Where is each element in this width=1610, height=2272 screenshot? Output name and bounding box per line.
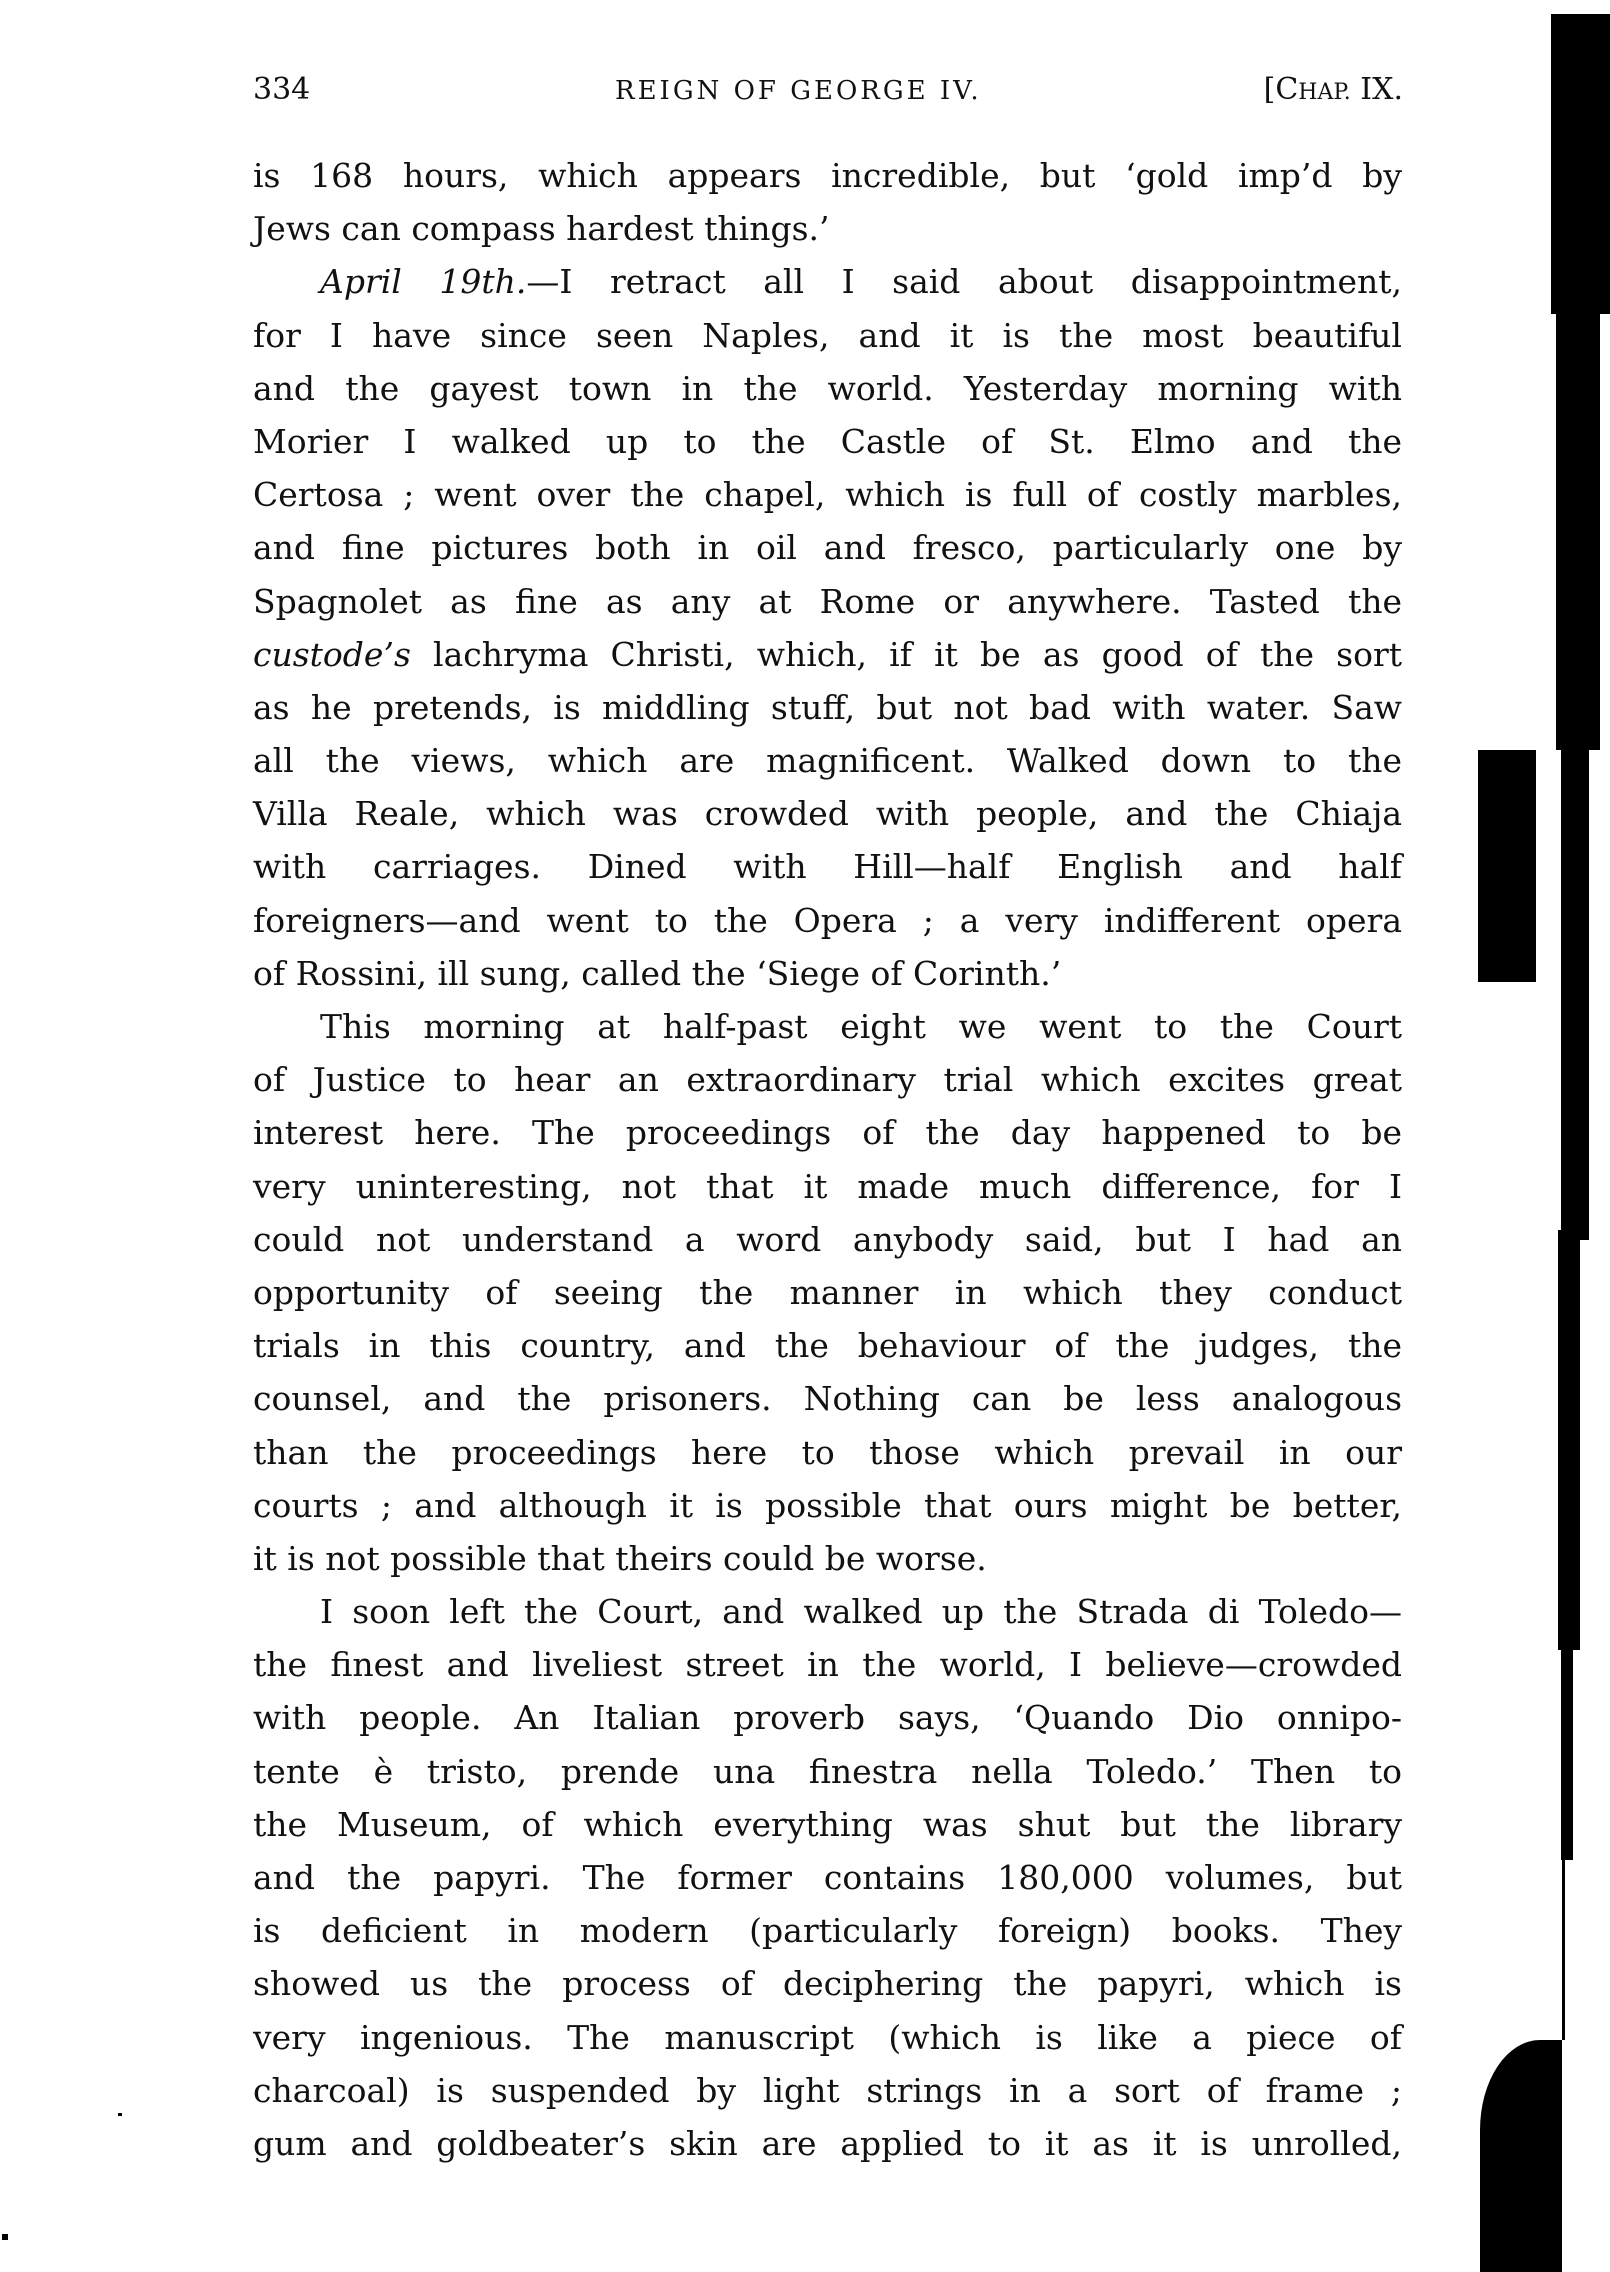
running-title: REIGN OF GEORGE IV. <box>615 76 982 106</box>
line-text: —I retract all I said about disappointme… <box>526 262 1402 301</box>
book-page: 334 REIGN OF GEORGE IV. [CHAP. IX. is 16… <box>0 0 1610 2272</box>
line-text: charcoal) is suspended by light strings … <box>253 2071 1402 2110</box>
line-text: Spagnolet as fine as any at Rome or anyw… <box>253 582 1402 621</box>
text-line: than the proceedings here to those which… <box>253 1426 1402 1479</box>
text-line: very ingenious. The manuscript (which is… <box>253 2011 1402 2064</box>
line-text: lachryma Christi, which, if it be as goo… <box>411 635 1402 674</box>
text-line: very uninteresting, not that it made muc… <box>253 1160 1402 1213</box>
line-text: very ingenious. The manuscript (which is… <box>253 2018 1402 2057</box>
line-text: This morning at half-past eight we went … <box>320 1007 1402 1046</box>
text-line: is deficient in modern (particularly for… <box>253 1904 1402 1957</box>
text-line: counsel, and the prisoners. Nothing can … <box>253 1372 1402 1425</box>
line-text: and the papyri. The former contains 180,… <box>253 1858 1402 1897</box>
text-line: This morning at half-past eight we went … <box>253 1000 1402 1053</box>
text-line: gum and goldbeater’s skin are applied to… <box>253 2117 1402 2170</box>
scan-smudge-block <box>1478 750 1536 982</box>
line-text: is deficient in modern (particularly for… <box>253 1911 1402 1950</box>
text-line: could not understand a word anybody said… <box>253 1213 1402 1266</box>
text-line: courts ; and although it is possible tha… <box>253 1479 1402 1532</box>
text-line: Certosa ; went over the chapel, which is… <box>253 468 1402 521</box>
line-text: foreigners—and went to the Opera ; a ver… <box>253 901 1402 940</box>
text-line: is 168 hours, which appears incredible, … <box>253 149 1402 202</box>
italic-text: custode’s <box>253 635 411 674</box>
text-line: showed us the process of deciphering the… <box>253 1957 1402 2010</box>
text-line: foreigners—and went to the Opera ; a ver… <box>253 894 1402 947</box>
text-line: opportunity of seeing the manner in whic… <box>253 1266 1402 1319</box>
line-text: I soon left the Court, and walked up the… <box>320 1592 1402 1631</box>
text-line: and fine pictures both in oil and fresco… <box>253 521 1402 574</box>
text-line: the finest and liveliest street in the w… <box>253 1638 1402 1691</box>
text-line: it is not possible that theirs could be … <box>253 1532 1402 1585</box>
scan-dot <box>118 2113 122 2116</box>
text-line: as he pretends, is middling stuff, but n… <box>253 681 1402 734</box>
line-text: as he pretends, is middling stuff, but n… <box>253 688 1402 727</box>
scan-edge-shadow <box>1551 14 1610 314</box>
line-text: of Rossini, ill sung, called the ‘Siege … <box>253 954 1061 993</box>
chapter-bracket: [ <box>1264 72 1276 107</box>
text-line: of Rossini, ill sung, called the ‘Siege … <box>253 947 1402 1000</box>
chapter-cap: C <box>1275 72 1298 107</box>
chapter-number: IX. <box>1351 72 1403 107</box>
line-text: very uninteresting, not that it made muc… <box>253 1167 1402 1206</box>
line-text: the Museum, of which everything was shut… <box>253 1805 1402 1844</box>
text-line: charcoal) is suspended by light strings … <box>253 2064 1402 2117</box>
text-line: April 19th.—I retract all I said about d… <box>253 255 1402 308</box>
text-line: of Justice to hear an extraordinary tria… <box>253 1053 1402 1106</box>
line-text: of Justice to hear an extraordinary tria… <box>253 1060 1402 1099</box>
line-text: Certosa ; went over the chapel, which is… <box>253 475 1402 514</box>
text-line: custode’s lachryma Christi, which, if it… <box>253 628 1402 681</box>
text-line: Morier I walked up to the Castle of St. … <box>253 415 1402 468</box>
scan-edge-shadow <box>1556 300 1600 750</box>
scan-edge-line <box>1562 1860 1565 2040</box>
chapter-smallcaps: HAP. <box>1298 80 1350 105</box>
text-line: trials in this country, and the behaviou… <box>253 1319 1402 1372</box>
page-number: 334 <box>253 72 310 107</box>
line-text: Morier I walked up to the Castle of St. … <box>253 422 1402 461</box>
text-line: Jews can compass hardest things.’ <box>253 202 1402 255</box>
chapter-label: [CHAP. IX. <box>1264 72 1403 107</box>
italic-text: April 19th. <box>320 262 526 301</box>
line-text: the finest and liveliest street in the w… <box>253 1645 1402 1684</box>
line-text: counsel, and the prisoners. Nothing can … <box>253 1379 1402 1418</box>
scan-edge-shadow <box>1561 740 1589 1240</box>
scan-smudge-corner <box>1480 2040 1562 2272</box>
text-line: the Museum, of which everything was shut… <box>253 1798 1402 1851</box>
line-text: and fine pictures both in oil and fresco… <box>253 528 1402 567</box>
line-text: than the proceedings here to those which… <box>253 1433 1402 1472</box>
text-line: for I have since seen Naples, and it is … <box>253 309 1402 362</box>
body-text: is 168 hours, which appears incredible, … <box>253 149 1402 2170</box>
line-text: with people. An Italian proverb says, ‘Q… <box>253 1698 1402 1737</box>
line-text: with carriages. Dined with Hill—half Eng… <box>253 847 1402 886</box>
text-line: with people. An Italian proverb says, ‘Q… <box>253 1691 1402 1744</box>
text-line: tente è tristo, prende una finestra nell… <box>253 1745 1402 1798</box>
running-header: 334 REIGN OF GEORGE IV. [CHAP. IX. <box>253 72 1403 112</box>
text-line: Villa Reale, which was crowded with peop… <box>253 787 1402 840</box>
line-text: courts ; and although it is possible tha… <box>253 1486 1402 1525</box>
line-text: tente è tristo, prende una finestra nell… <box>253 1752 1402 1791</box>
line-text: Jews can compass hardest things.’ <box>253 209 830 248</box>
line-text: could not understand a word anybody said… <box>253 1220 1402 1259</box>
text-line: all the views, which are magnificent. Wa… <box>253 734 1402 787</box>
text-line: with carriages. Dined with Hill—half Eng… <box>253 840 1402 893</box>
line-text: it is not possible that theirs could be … <box>253 1539 987 1578</box>
scan-edge-shadow <box>1561 1640 1573 1860</box>
line-text: and the gayest town in the world. Yester… <box>253 369 1402 408</box>
text-line: Spagnolet as fine as any at Rome or anyw… <box>253 575 1402 628</box>
line-text: interest here. The proceedings of the da… <box>253 1113 1402 1152</box>
text-line: and the papyri. The former contains 180,… <box>253 1851 1402 1904</box>
line-text: showed us the process of deciphering the… <box>253 1964 1402 2003</box>
scan-dot <box>2 2234 8 2240</box>
line-text: for I have since seen Naples, and it is … <box>253 316 1402 355</box>
line-text: Villa Reale, which was crowded with peop… <box>253 794 1402 833</box>
line-text: trials in this country, and the behaviou… <box>253 1326 1402 1365</box>
text-line: and the gayest town in the world. Yester… <box>253 362 1402 415</box>
line-text: all the views, which are magnificent. Wa… <box>253 741 1402 780</box>
line-text: gum and goldbeater’s skin are applied to… <box>253 2124 1402 2163</box>
line-text: opportunity of seeing the manner in whic… <box>253 1273 1402 1312</box>
line-text: is 168 hours, which appears incredible, … <box>253 156 1402 195</box>
scan-edge-shadow <box>1558 1230 1580 1650</box>
text-line: interest here. The proceedings of the da… <box>253 1106 1402 1159</box>
text-line: I soon left the Court, and walked up the… <box>253 1585 1402 1638</box>
